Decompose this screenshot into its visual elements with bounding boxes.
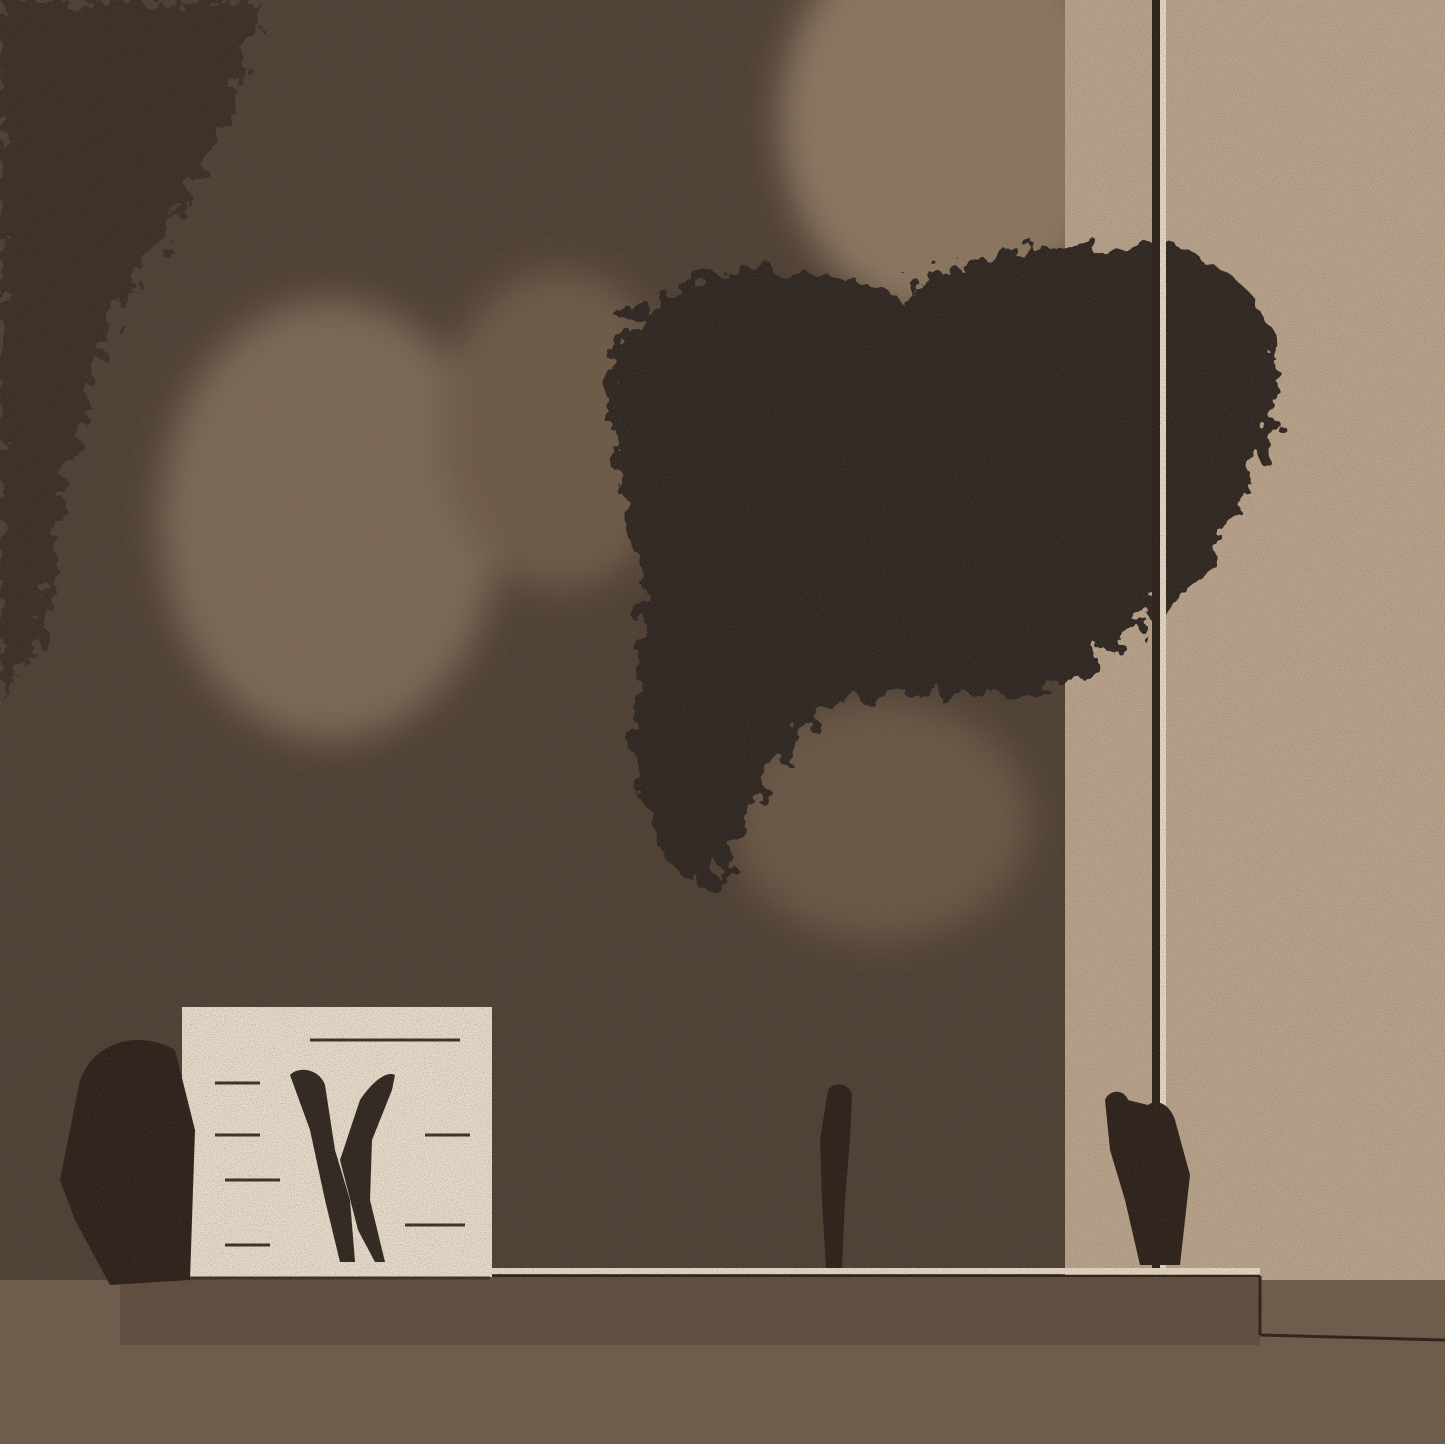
- etching-canvas: [0, 0, 1445, 1444]
- etching-artwork: [0, 0, 1445, 1444]
- print-grain: [0, 0, 1445, 1444]
